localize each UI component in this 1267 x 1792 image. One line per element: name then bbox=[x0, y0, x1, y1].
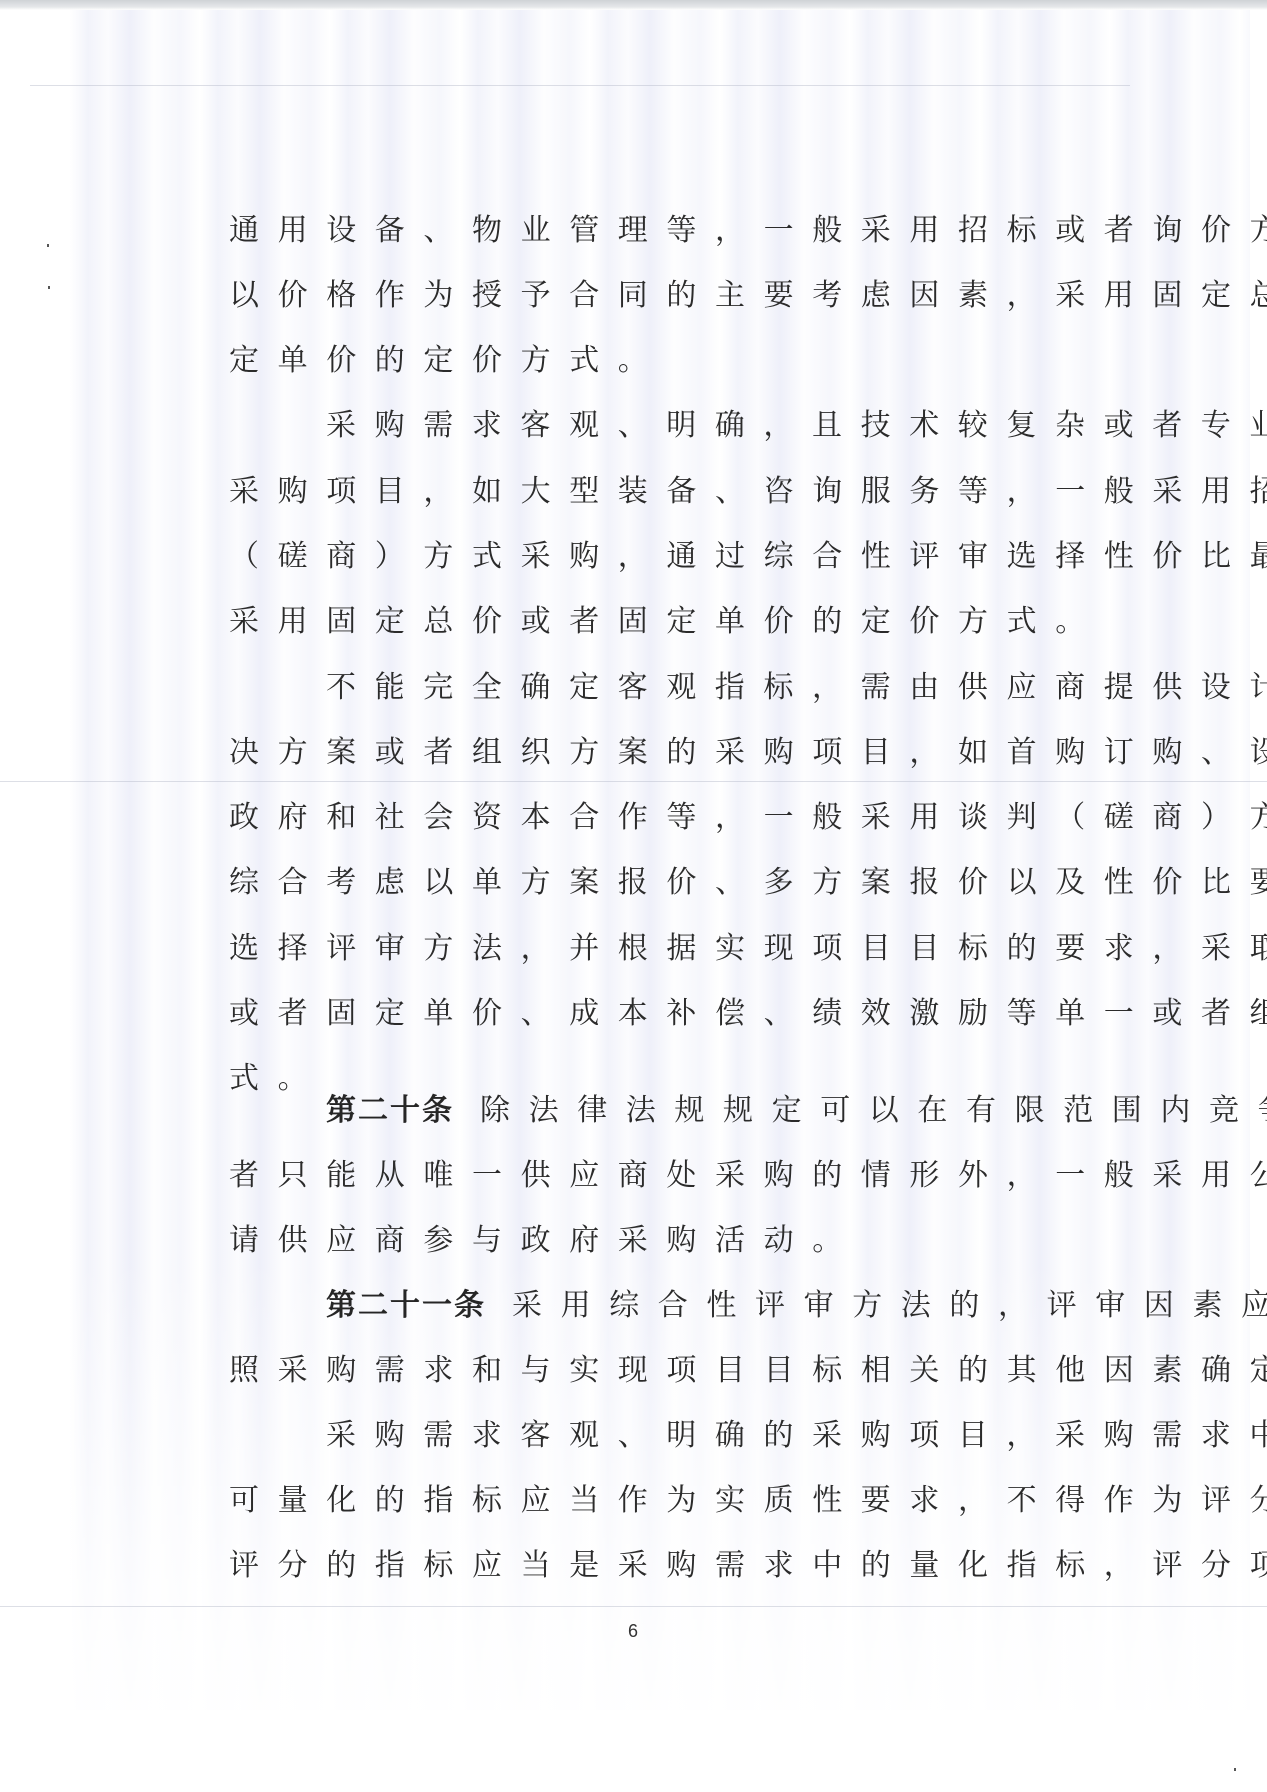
scan-speck bbox=[47, 244, 49, 247]
text-line: 照采购需求和与实现项目目标相关的其他因素确定。 bbox=[229, 1354, 1267, 1388]
text-line: 评分的指标应当是采购需求中的量化指标，评分项应当按照 bbox=[229, 1549, 1267, 1583]
page-number: 6 bbox=[628, 1621, 638, 1642]
text-line: 通用设备、物业管理等，一般采用招标或者询价方式采购， bbox=[229, 214, 1267, 248]
article-21-text: 采用综合性评审方法的，评审因素应当按 bbox=[512, 1288, 1267, 1323]
paragraph-start-line: 采购需求客观、明确，且技术较复杂或者专业性较强的 bbox=[326, 409, 1267, 443]
article-20-label: 第二十条 bbox=[326, 1093, 454, 1128]
scan-speck bbox=[48, 286, 50, 289]
text-line: 定单价的定价方式。 bbox=[229, 344, 666, 378]
text-line: 或者固定单价、成本补偿、绩效激励等单一或者组合定价方 bbox=[229, 997, 1267, 1031]
text-line: 选择评审方法，并根据实现项目目标的要求，采取固定总价 bbox=[229, 932, 1267, 966]
text-line: 政府和社会资本合作等，一般采用谈判（磋商）方式采购， bbox=[229, 801, 1267, 835]
article-20-line: 第二十条除法律法规规定可以在有限范围内竞争或 bbox=[326, 1094, 1267, 1128]
article-21-label: 第二十一条 bbox=[326, 1288, 486, 1323]
paragraph-start-line: 采购需求客观、明确的采购项目，采购需求中客观但不 bbox=[326, 1419, 1267, 1453]
text-line: 可量化的指标应当作为实质性要求，不得作为评分项；参与 bbox=[229, 1484, 1267, 1518]
text-line: （磋商）方式采购，通过综合性评审选择性价比最优的产品， bbox=[229, 540, 1267, 574]
text-line: 综合考虑以单方案报价、多方案报价以及性价比要求等因素 bbox=[229, 866, 1267, 900]
fold-line-bottom bbox=[0, 1606, 1267, 1607]
fold-line-top bbox=[30, 85, 1130, 86]
paragraph-start-line: 不能完全确定客观指标，需由供应商提供设计方案、解 bbox=[326, 671, 1267, 705]
text-line: 请供应商参与政府采购活动。 bbox=[229, 1224, 861, 1258]
scan-speck bbox=[1234, 1768, 1236, 1771]
text-line: 式。 bbox=[229, 1062, 326, 1096]
text-line: 以价格作为授予合同的主要考虑因素，采用固定总价或者固 bbox=[229, 279, 1267, 313]
text-line: 采用固定总价或者固定单价的定价方式。 bbox=[229, 605, 1104, 639]
fold-line-middle bbox=[0, 781, 1267, 782]
text-line: 决方案或者组织方案的采购项目，如首购订购、设计服务、 bbox=[229, 736, 1267, 770]
article-21-line: 第二十一条采用综合性评审方法的，评审因素应当按 bbox=[326, 1289, 1267, 1323]
text-line: 采购项目，如大型装备、咨询服务等，一般采用招标、谈判 bbox=[229, 475, 1267, 509]
text-line: 者只能从唯一供应商处采购的情形外，一般采用公开方式邀 bbox=[229, 1159, 1267, 1193]
article-20-text: 除法律法规规定可以在有限范围内竞争或 bbox=[480, 1093, 1267, 1128]
